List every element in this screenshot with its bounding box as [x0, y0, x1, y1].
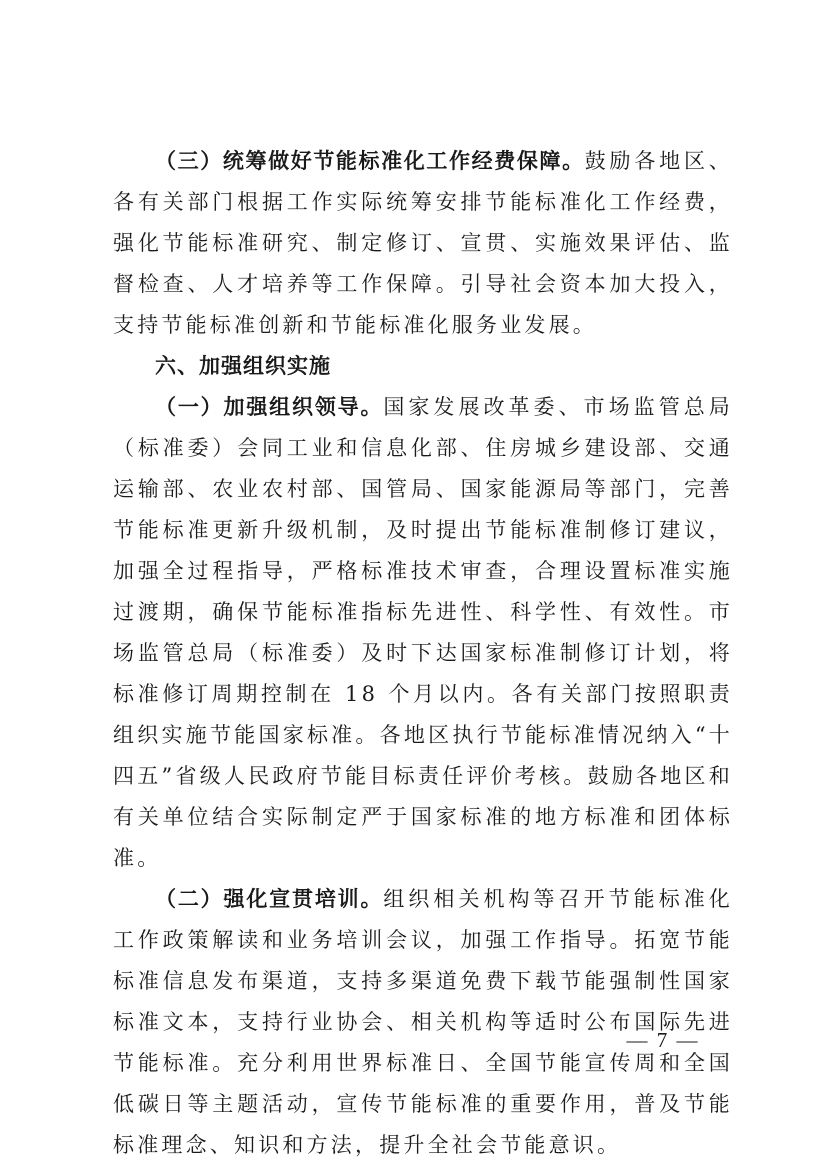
paragraph-body: 组织相关机构等召开节能标准化工作政策解读和业务培训会议，加强工作指导。拓宽节能标… — [113, 887, 733, 1157]
paragraph-body: 国家发展改革委、市场监管总局（标准委）会同工业和信息化部、住房城乡建设部、交通运… — [113, 395, 733, 870]
paragraph-organization-leadership: （一）加强组织领导。国家发展改革委、市场监管总局（标准委）会同工业和信息化部、住… — [113, 387, 733, 879]
paragraph-lead: （二）强化宣贯培训。 — [155, 887, 383, 911]
paragraph-body: 鼓励各地区、各有关部门根据工作实际统筹安排节能标准化工作经费，强化节能标准研究、… — [113, 149, 733, 337]
paragraph-lead: （一）加强组织领导。 — [155, 395, 383, 419]
section-heading: 六、加强组织实施 — [113, 346, 733, 387]
paragraph-publicity-training: （二）强化宣贯培训。组织相关机构等召开节能标准化工作政策解读和业务培训会议，加强… — [113, 879, 733, 1166]
paragraph-lead: （三）统筹做好节能标准化工作经费保障。 — [155, 149, 585, 173]
paragraph-funding-guarantee: （三）统筹做好节能标准化工作经费保障。鼓励各地区、各有关部门根据工作实际统筹安排… — [113, 141, 733, 346]
page-number: — 7 — — [608, 1028, 718, 1053]
document-page: （三）统筹做好节能标准化工作经费保障。鼓励各地区、各有关部门根据工作实际统筹安排… — [113, 141, 733, 1166]
